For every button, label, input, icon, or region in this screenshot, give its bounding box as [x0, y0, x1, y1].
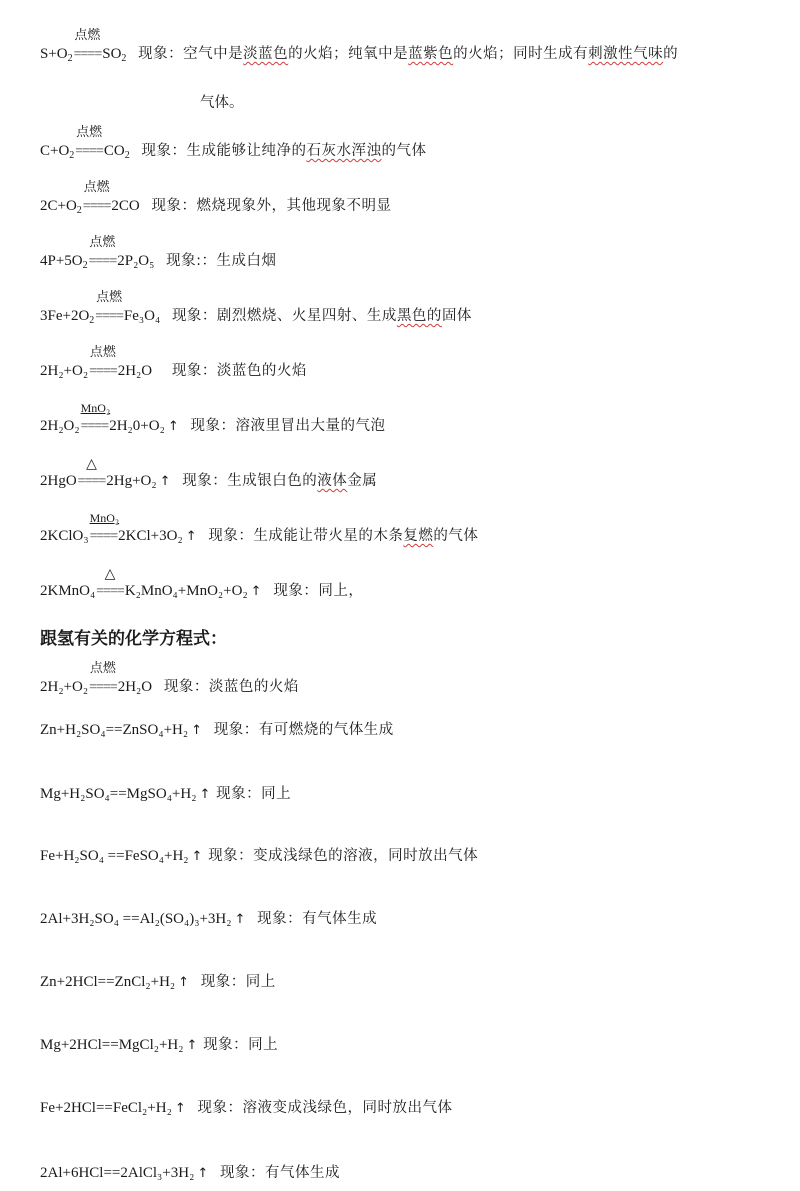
- equation-line-s-o2: S+O2点燃====SO2 现象：空气中是淡蓝色的火焰；纯氧中是蓝紫色的火焰；同…: [40, 44, 678, 65]
- reaction-condition: MnO₂====: [81, 416, 109, 437]
- equation-products: Fe₃O₄: [124, 308, 160, 324]
- phenomenon-text: 现象：有气体生成: [220, 1165, 340, 1181]
- equation-text: 2Al+3H₂SO₄ ==Al₂(SO₄)₃+3H₂: [40, 911, 231, 927]
- reaction-condition: 点燃====: [89, 677, 117, 698]
- condition-label: 点燃: [83, 181, 111, 195]
- phenomenon-text: 现象：溶液变成浅绿色，同时放出气体: [197, 1100, 452, 1116]
- gas-arrow-icon: ↑: [175, 1101, 186, 1116]
- phenomenon-continuation: 气体。: [200, 91, 244, 112]
- phenomenon-text: 现象：生成能够让纯净的石灰水浑浊的气体: [141, 143, 426, 159]
- gas-arrow-icon: ↑: [234, 912, 245, 927]
- equation-products: K₂MnO₄+MnO₂+O₂: [125, 583, 248, 599]
- heat-triangle-icon: △: [96, 567, 124, 581]
- phenomenon-text: 现象：剧烈燃烧、火星四射、生成黑色的固体: [172, 308, 472, 324]
- equation-line-fe-hcl: Fe+2HCl==FeCl₂+H₂↑ 现象：溶液变成浅绿色，同时放出气体: [40, 1098, 452, 1119]
- equation-products: SO2: [102, 46, 126, 62]
- equation-line-mg-hcl: Mg+2HCl==MgCl₂+H₂↑ 现象：同上: [40, 1035, 278, 1056]
- condition-label: 点燃: [89, 346, 117, 360]
- equation-line-al-h2so4: 2Al+3H₂SO₄ ==Al₂(SO₄)₃+3H₂↑ 现象：有气体生成: [40, 909, 377, 930]
- equation-products: 2CO: [111, 198, 139, 214]
- equation-line-2h2-o2: 2H₂+O₂点燃====2H₂O 现象：淡蓝色的火焰: [40, 361, 307, 382]
- reaction-condition: 点燃====: [83, 196, 111, 217]
- equation-reactants: 2HgO: [40, 473, 77, 489]
- reaction-condition: MnO₂====: [90, 526, 118, 547]
- equation-line-2kmno4: 2KMnO₄△====K₂MnO₄+MnO₂+O₂↑ 现象：同上，: [40, 581, 363, 602]
- condition-label: 点燃: [95, 291, 123, 305]
- reaction-condition: 点燃====: [89, 251, 117, 272]
- equation-line-2c-o2: 2C+O2点燃====2CO 现象：燃烧现象外，其他现象不明显: [40, 196, 391, 217]
- phenomenon-text: 现象：变成浅绿色的溶液，同时放出气体: [208, 848, 478, 864]
- equation-text: Fe+H₂SO₄ ==FeSO₄+H₂: [40, 848, 189, 864]
- reaction-condition: △====: [96, 581, 124, 602]
- equation-text: Zn+2HCl==ZnCl₂+H₂: [40, 974, 175, 990]
- phenomenon-text: 现象：生成能让带火星的木条复燃的气体: [208, 528, 478, 544]
- equation-reactants: 2KMnO₄: [40, 583, 95, 599]
- condition-label: 点燃: [89, 662, 117, 676]
- equation-reactants: S+O2: [40, 46, 73, 62]
- equation-line-2hgo: 2HgO△====2Hg+O₂↑ 现象：生成银白色的液体金属: [40, 471, 377, 492]
- gas-arrow-icon: ↑: [160, 474, 171, 489]
- phenomenon-text: 现象：空气中是淡蓝色的火焰；纯氧中是蓝紫色的火焰；同时生成有刺激性气味的: [138, 46, 678, 62]
- equation-line-h2-combustion: 2H₂+O₂点燃====2H₂O 现象：淡蓝色的火焰: [40, 677, 299, 698]
- equation-products: 2KCl+3O₂: [118, 528, 183, 544]
- phenomenon-text: 现象：生成银白色的液体金属: [182, 473, 377, 489]
- equation-products: CO2: [104, 143, 130, 159]
- equation-line-al-hcl: 2Al+6HCl==2AlCl₃+3H₂↑ 现象：有气体生成: [40, 1163, 340, 1184]
- gas-arrow-icon: ↑: [178, 975, 189, 990]
- equation-reactants: 2H₂+O₂: [40, 679, 88, 695]
- equation-products: 2H₂O: [118, 679, 152, 695]
- gas-arrow-icon: ↑: [199, 787, 210, 802]
- catalyst-label: MnO₂: [90, 511, 118, 525]
- phenomenon-text: 现象：有可燃烧的气体生成: [214, 722, 394, 738]
- equation-line-3fe-2o2: 3Fe+2O2点燃====Fe₃O₄ 现象：剧烈燃烧、火星四射、生成黑色的固体: [40, 306, 472, 327]
- gas-arrow-icon: ↑: [186, 529, 197, 544]
- equation-reactants: 4P+5O2: [40, 253, 88, 269]
- equation-text: Mg+2HCl==MgCl₂+H₂: [40, 1037, 183, 1053]
- equation-reactants: 2H₂+O₂: [40, 363, 88, 379]
- phenomenon-text: 现象：燃烧现象外，其他现象不明显: [151, 198, 391, 214]
- phenomenon-text: 现象:：生成白烟: [166, 253, 276, 269]
- gas-arrow-icon: ↑: [186, 1038, 197, 1053]
- section-heading-hydrogen: 跟氢有关的化学方程式：: [40, 624, 227, 649]
- reaction-condition: 点燃====: [74, 44, 102, 65]
- equation-reactants: C+O2: [40, 143, 74, 159]
- phenomenon-text: 现象：溶液里冒出大量的气泡: [190, 418, 385, 434]
- equation-line-mg-h2so4: Mg+H₂SO₄==MgSO₄+H₂↑ 现象：同上: [40, 784, 291, 805]
- condition-label: 点燃: [75, 126, 103, 140]
- equation-text: 2Al+6HCl==2AlCl₃+3H₂: [40, 1165, 194, 1181]
- catalyst-label: MnO₂: [81, 401, 109, 415]
- reaction-condition: 点燃====: [75, 141, 103, 162]
- phenomenon-text: 现象：同上，: [273, 583, 363, 599]
- phenomenon-text: 现象：有气体生成: [257, 911, 377, 927]
- equation-line-2kclo3: 2KClO₃MnO₂====2KCl+3O₂↑ 现象：生成能让带火星的木条复燃的…: [40, 526, 478, 547]
- phenomenon-text: 现象：淡蓝色的火焰: [172, 363, 307, 379]
- gas-arrow-icon: ↑: [192, 849, 203, 864]
- gas-arrow-icon: ↑: [191, 723, 202, 738]
- phenomenon-text: 现象：同上: [203, 1037, 278, 1053]
- equation-reactants: 2H₂O₂: [40, 418, 80, 434]
- equation-line-fe-h2so4: Fe+H₂SO₄ ==FeSO₄+H₂↑ 现象：变成浅绿色的溶液，同时放出气体: [40, 846, 478, 867]
- equation-text: Zn+H₂SO₄==ZnSO₄+H₂: [40, 722, 188, 738]
- gas-arrow-icon: ↑: [197, 1166, 208, 1181]
- equation-text: Mg+H₂SO₄==MgSO₄+H₂: [40, 786, 196, 802]
- reaction-condition: △====: [78, 471, 106, 492]
- gas-arrow-icon: ↑: [251, 584, 262, 599]
- heat-triangle-icon: △: [78, 457, 106, 471]
- equation-reactants: 3Fe+2O2: [40, 308, 94, 324]
- equation-line-zn-h2so4: Zn+H₂SO₄==ZnSO₄+H₂↑ 现象：有可燃烧的气体生成: [40, 720, 394, 741]
- equation-text: Fe+2HCl==FeCl₂+H₂: [40, 1100, 172, 1116]
- reaction-condition: 点燃====: [89, 361, 117, 382]
- equation-products: 2H₂0+O₂: [109, 418, 165, 434]
- equation-reactants: 2KClO₃: [40, 528, 89, 544]
- condition-label: 点燃: [89, 236, 117, 250]
- equation-reactants: 2C+O2: [40, 198, 82, 214]
- equation-products: 2Hg+O₂: [106, 473, 156, 489]
- reaction-condition: 点燃====: [95, 306, 123, 327]
- phenomenon-text: 现象：淡蓝色的火焰: [164, 679, 299, 695]
- equation-line-zn-hcl: Zn+2HCl==ZnCl₂+H₂↑ 现象：同上: [40, 972, 276, 993]
- condition-label: 点燃: [74, 29, 102, 43]
- equation-products: 2H₂O: [118, 363, 152, 379]
- equation-products: 2P₂O₅: [117, 253, 154, 269]
- phenomenon-text: 现象：同上: [216, 786, 291, 802]
- equation-line-c-o2: C+O2点燃====CO2 现象：生成能够让纯净的石灰水浑浊的气体: [40, 141, 426, 162]
- equation-line-4p-5o2: 4P+5O2点燃====2P₂O₅ 现象:：生成白烟: [40, 251, 277, 272]
- gas-arrow-icon: ↑: [168, 419, 179, 434]
- equation-line-2h2o2: 2H₂O₂MnO₂====2H₂0+O₂↑ 现象：溶液里冒出大量的气泡: [40, 416, 385, 437]
- phenomenon-text: 现象：同上: [201, 974, 276, 990]
